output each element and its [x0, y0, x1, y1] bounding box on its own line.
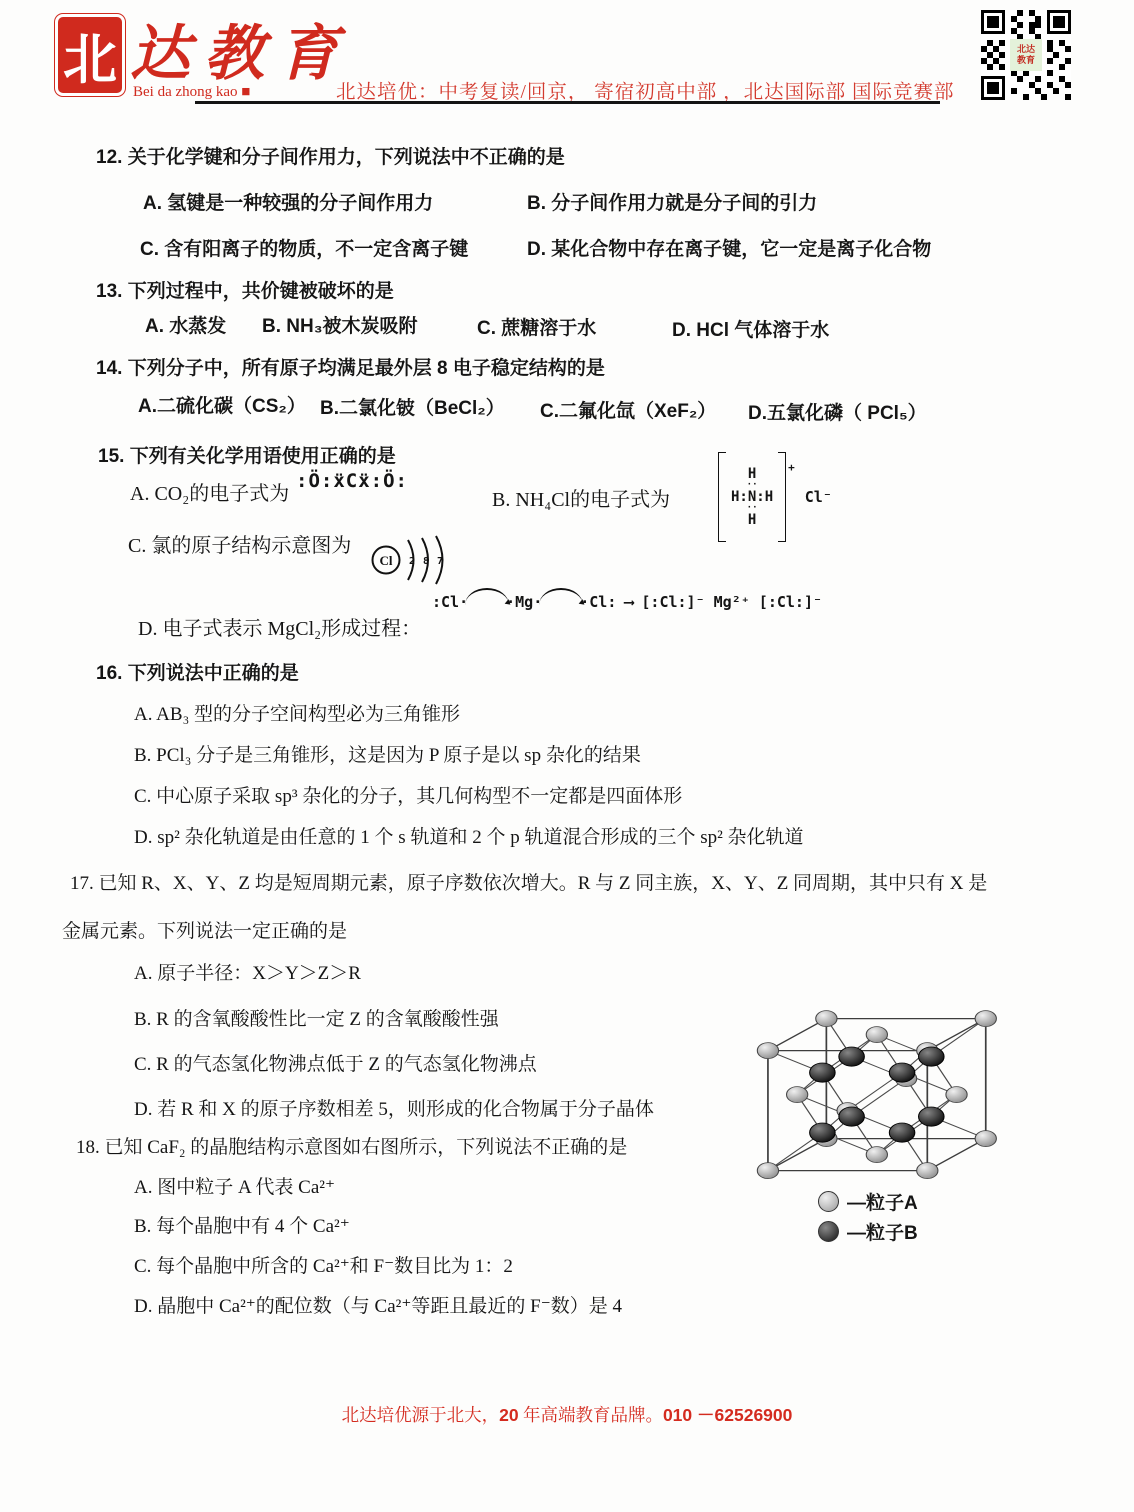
- chloride-ion: Cl⁻: [805, 488, 832, 506]
- reaction-arrow: ⟶: [624, 593, 633, 611]
- mgcl2-formation-equation: :Cl· ·Mg· ·Cl: ⟶ [:Cl:]⁻ Mg²⁺ [:Cl:]⁻: [432, 588, 822, 615]
- brand-title: 达教育: [130, 6, 352, 92]
- qr-code-icon: 北达 教育: [981, 10, 1071, 100]
- exam-page: 北 达教育 Bei da zhong kao ■ 北达培优：中考复读/回京， 寄…: [0, 0, 1134, 1512]
- q18-option-d: D. 晶胞中 Ca²⁺的配位数（与 Ca²⁺等距且最近的 F⁻数）是 4: [134, 1295, 622, 1319]
- q16-option-a: A. AB₃ 型的分子空间构型必为三角锥形: [134, 703, 460, 727]
- nh4-structure: H ·· H:N:H ·· H: [726, 466, 778, 528]
- nh4-row: ··: [747, 482, 758, 489]
- legend-particle-b: —粒子B: [818, 1218, 918, 1245]
- q14-option-b: B.二氯化铍（BeCl₂）: [320, 397, 505, 421]
- footer-text-2: 年高端教育品牌。: [519, 1405, 663, 1425]
- q16-option-d: D. sp² 杂化轨道是由任意的 1 个 s 轨道和 2 个 p 轨道混合形成的…: [134, 826, 804, 850]
- co2-electron-formula: :Ö:ẍCẍ:Ö:: [296, 470, 408, 492]
- q13-option-d: D. HCl 气体溶于水: [672, 319, 829, 343]
- left-bracket: [718, 452, 726, 542]
- q17-stem-line2: 金属元素。下列说法一定正确的是: [62, 920, 347, 944]
- electron-transfer-arrow-left: [465, 588, 509, 605]
- footer-slogan: 北达培优源于北大，20 年高端教育品牌。010 －62526900: [0, 1402, 1134, 1427]
- qr-logo-line1: 北达: [1017, 44, 1035, 55]
- q17-option-d: D. 若 R 和 X 的原子序数相差 5，则形成的化合物属于分子晶体: [134, 1098, 654, 1122]
- nh4-row: ··: [747, 505, 758, 512]
- q12-option-b: B. 分子间作用力就是分子间的引力: [527, 192, 817, 216]
- q18-option-b: B. 每个晶胞中有 4 个 Ca²⁺: [134, 1215, 350, 1239]
- right-bracket: [778, 452, 786, 542]
- q13-option-b: B. NH₃被木炭吸附: [262, 315, 418, 339]
- qr-center-logo: 北达 教育: [1010, 39, 1042, 71]
- logo-seal: 北: [55, 14, 125, 96]
- q16-option-b: B. PCl₃ 分子是三角锥形，这是因为 P 原子是以 sp 杂化的结果: [134, 744, 641, 768]
- brand-subtitle: Bei da zhong kao ■: [133, 84, 250, 101]
- nh4-row: H: [748, 512, 756, 528]
- q15-stem: 15. 下列有关化学用语使用正确的是: [98, 445, 396, 469]
- q15-option-a-label: A. CO₂的电子式为: [130, 482, 289, 507]
- q12-option-a: A. 氢键是一种较强的分子间作用力: [143, 192, 433, 216]
- q14-option-c: C.二氟化氙（XeF₂）: [540, 400, 716, 424]
- chlorine-atom-diagram: Cl 2 8 7: [368, 528, 460, 596]
- logo-seal-char: 北: [63, 17, 117, 94]
- q18-stem: 18. 已知 CaF₂ 的晶胞结构示意图如右图所示，下列说法不正确的是: [76, 1136, 627, 1160]
- legend-particle-b-label: —粒子B: [847, 1218, 918, 1245]
- shell-electrons-2: 8: [423, 556, 429, 567]
- footer-text-1: 北达培优源于北大，: [342, 1405, 500, 1425]
- q17-option-b: B. R 的含氧酸酸性比一定 Z 的含氧酸酸性强: [134, 1008, 499, 1032]
- qr-logo-line2: 教育: [1017, 55, 1035, 66]
- q16-option-c: C. 中心原子采取 sp³ 杂化的分子，其几何构型不一定都是四面体形: [134, 785, 682, 809]
- q13-stem: 13. 下列过程中，共价键被破坏的是: [96, 280, 394, 304]
- nh4cl-electron-formula: H ·· H:N:H ·· H + Cl⁻: [718, 452, 832, 542]
- q14-option-a: A.二硫化碳（CS₂）: [138, 395, 306, 419]
- nh4-charge: +: [788, 461, 795, 474]
- q16-stem: 16. 下列说法中正确的是: [96, 662, 299, 686]
- q13-option-c: C. 蔗糖溶于水: [477, 317, 596, 341]
- q18-option-c: C. 每个晶胞中所含的 Ca²⁺和 F⁻数目比为 1：2: [134, 1255, 513, 1279]
- q14-stem: 14. 下列分子中，所有原子均满足最外层 8 电子稳定结构的是: [96, 357, 605, 381]
- footer-years: 20: [499, 1405, 518, 1425]
- q14-option-d: D.五氯化磷（ PCl₅）: [748, 402, 927, 426]
- particle-b-icon: [818, 1221, 839, 1242]
- legend-particle-a: —粒子A: [818, 1188, 918, 1215]
- mgcl2-ionic-result: [:Cl:]⁻ Mg²⁺ [:Cl:]⁻: [641, 593, 822, 611]
- cl-symbol: Cl: [380, 553, 393, 568]
- q12-stem: 12. 关于化学键和分子间作用力，下列说法中不正确的是: [96, 146, 565, 170]
- electron-transfer-arrow-right: [539, 588, 583, 605]
- q12-option-d: D. 某化合物中存在离子键，它一定是离子化合物: [527, 238, 931, 262]
- q17-option-c: C. R 的气态氢化物沸点低于 Z 的气态氢化物沸点: [134, 1053, 537, 1077]
- legend-particle-a-label: —粒子A: [847, 1188, 918, 1215]
- q15-option-d-label: D. 电子式表示 MgCl₂形成过程：: [138, 617, 421, 642]
- header-divider: [195, 101, 940, 104]
- particle-a-icon: [818, 1191, 839, 1212]
- q17-stem-line1: 17. 已知 R、X、Y、Z 均是短周期元素，原子序数依次增大。R 与 Z 同主…: [70, 872, 987, 896]
- q17-option-a: A. 原子半径：X＞Y＞Z＞R: [134, 962, 361, 986]
- footer-phone: 010 －62526900: [663, 1405, 792, 1425]
- q13-option-a: A. 水蒸发: [145, 315, 226, 339]
- q15-option-c-label: C. 氯的原子结构示意图为: [128, 534, 351, 559]
- q18-option-a: A. 图中粒子 A 代表 Ca²⁺: [134, 1176, 335, 1200]
- shell-electrons-3: 7: [437, 556, 443, 567]
- cl-atom-left: :Cl·: [432, 593, 468, 611]
- header-slogan: 北达培优：中考复读/回京， 寄宿初高中部 ，北达国际部 国际竞赛部: [336, 76, 955, 104]
- shell-electrons-1: 2: [409, 556, 415, 567]
- crystal-structure-diagram: [752, 1005, 1007, 1185]
- q12-option-c: C. 含有阳离子的物质，不一定含离子键: [140, 238, 468, 262]
- q15-option-b-label: B. NH₄Cl的电子式为: [492, 488, 670, 513]
